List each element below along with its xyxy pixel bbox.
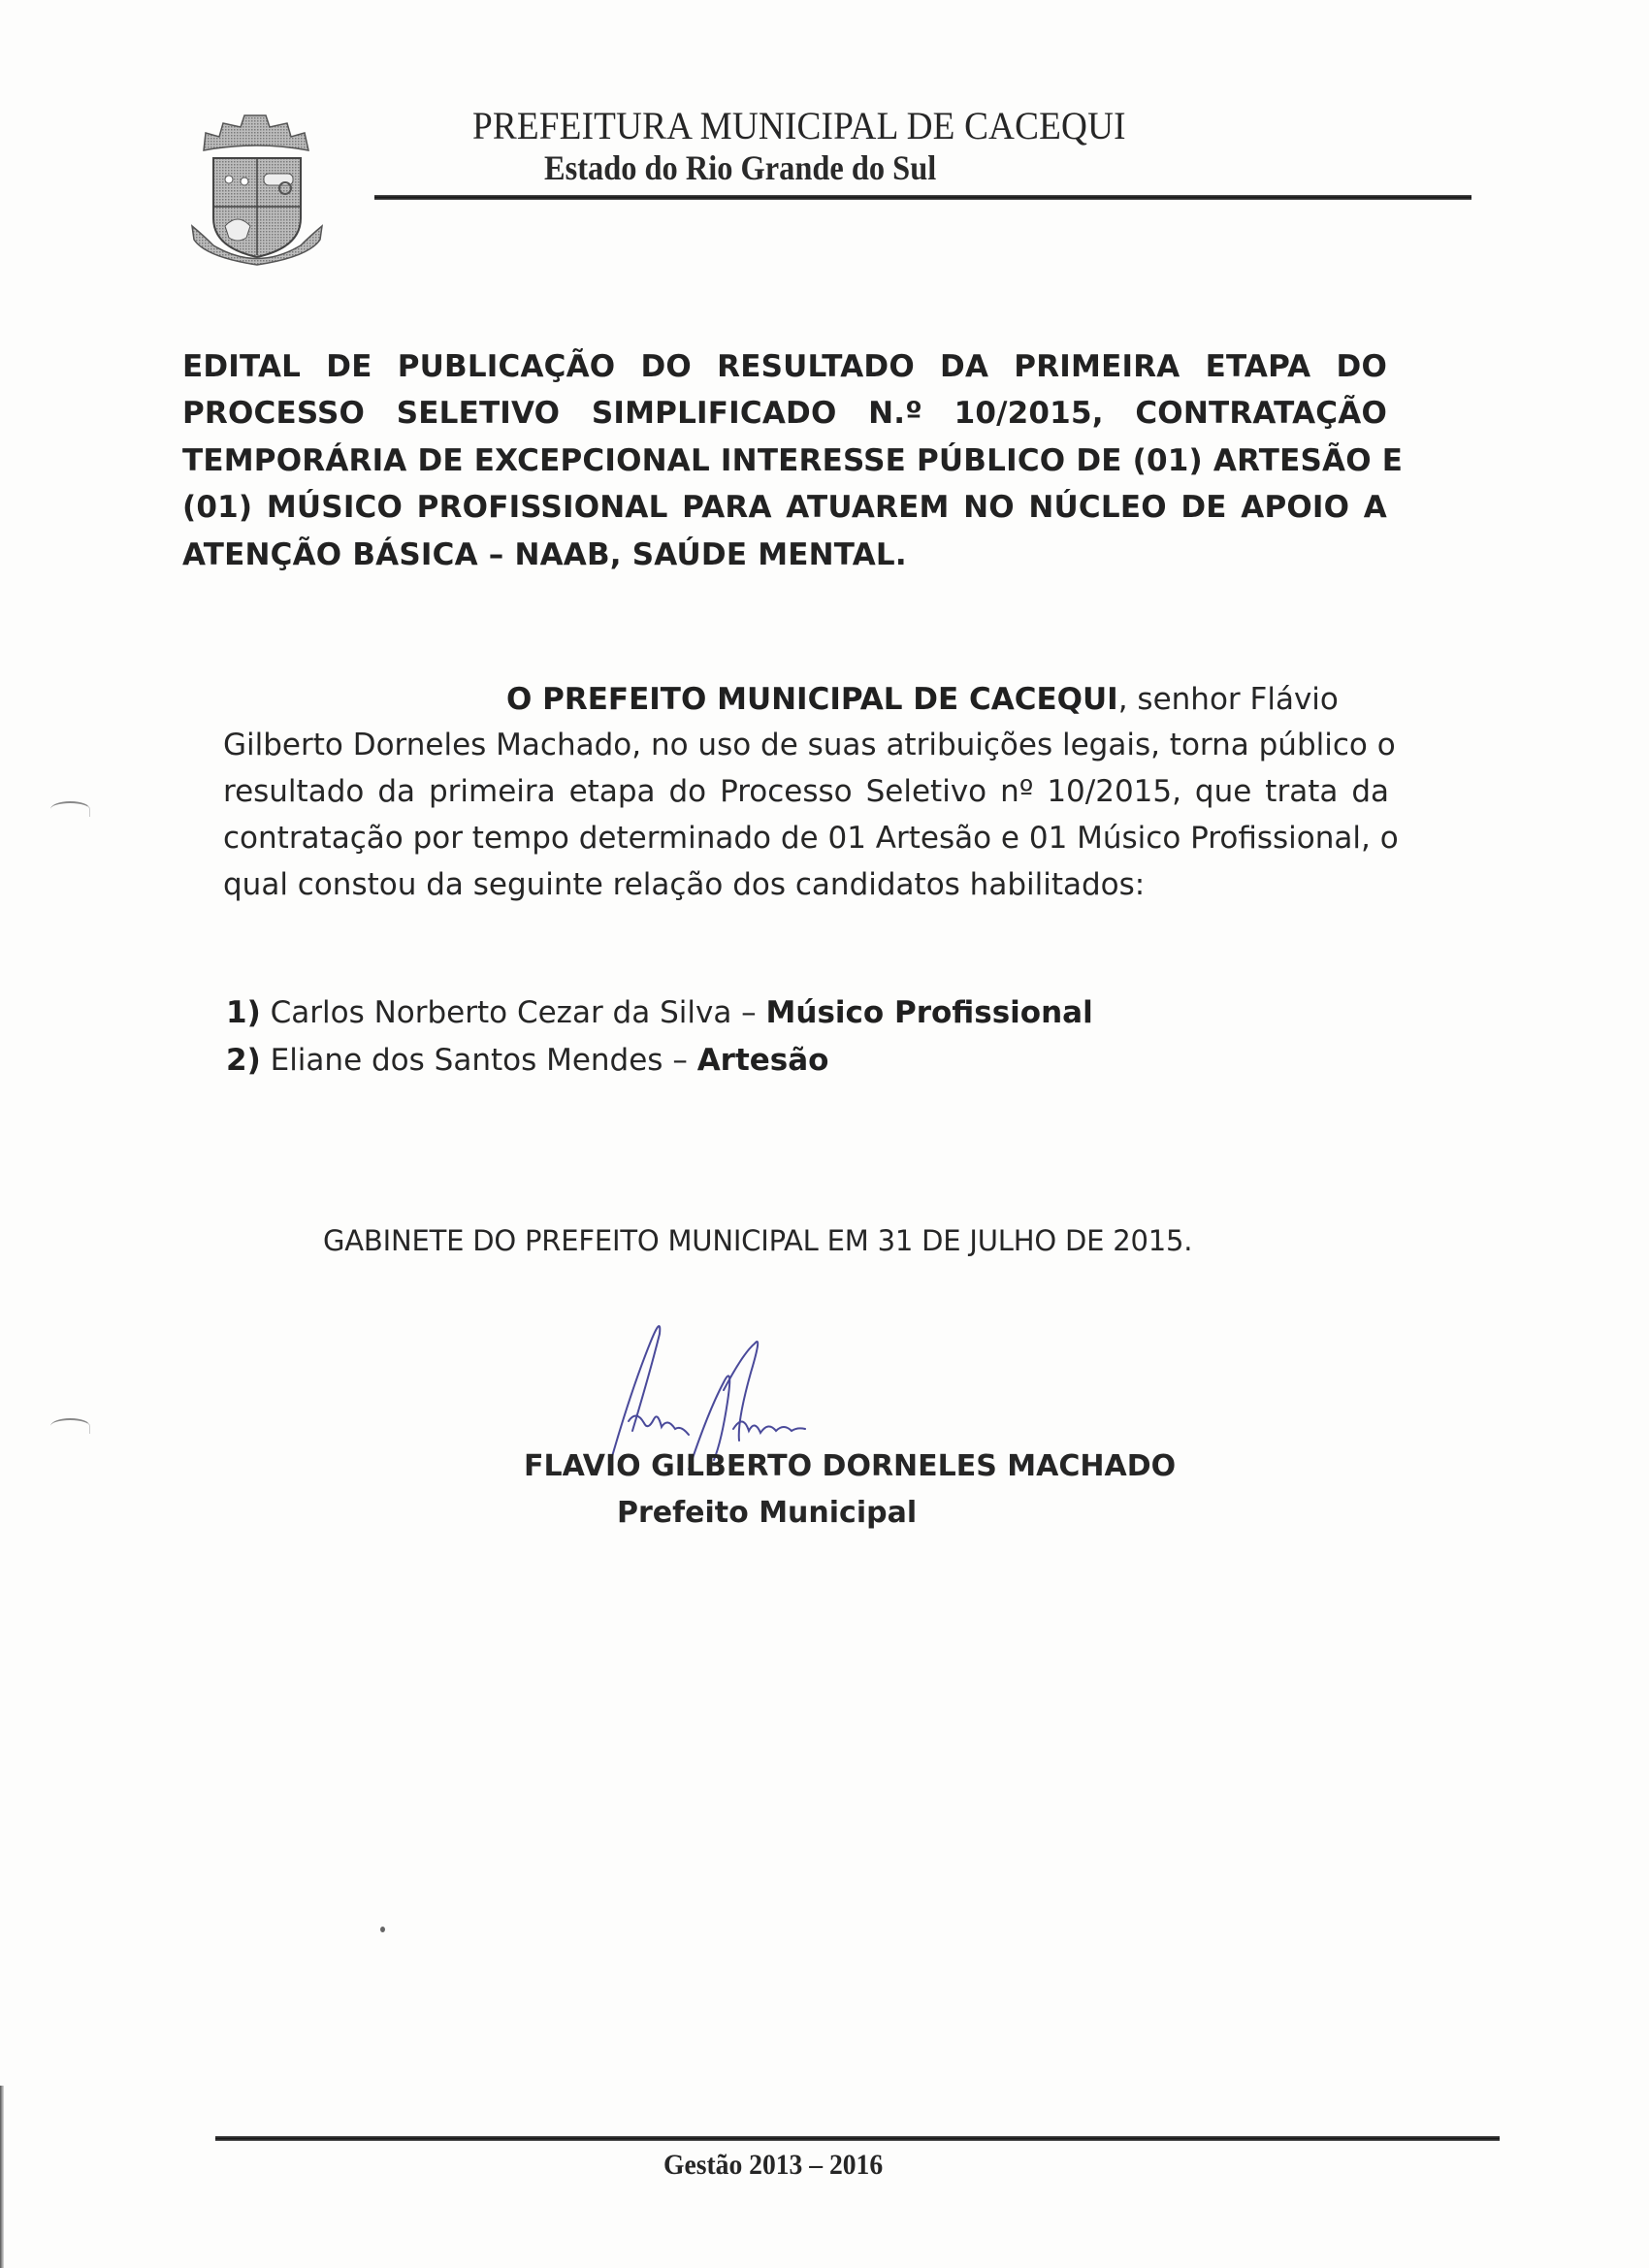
- paragraph-line: contratação por tempo determinado de 01 …: [223, 821, 1389, 856]
- footer-text: Gestão 2013 – 2016: [663, 2149, 883, 2182]
- lead-bold: O PREFEITO MUNICIPAL DE CACEQUI: [506, 682, 1118, 717]
- scan-speck: [380, 1927, 385, 1932]
- lead-rest: , senhor Flávio: [1118, 682, 1339, 717]
- item-number: 2): [226, 1043, 261, 1078]
- list-item: 2) Eliane dos Santos Mendes – Artesão: [226, 1043, 828, 1078]
- heading-line: PROCESSO SELETIVO SIMPLIFICADO N.º 10/20…: [182, 396, 1387, 431]
- header-title: PREFEITURA MUNICIPAL DE CACEQUI: [472, 103, 1126, 148]
- signatory-role: Prefeito Municipal: [617, 1496, 917, 1530]
- header-divider: [374, 195, 1471, 200]
- handwritten-signature-icon: [543, 1314, 892, 1470]
- candidate-role: Artesão: [697, 1043, 829, 1078]
- item-number: 1): [226, 995, 261, 1030]
- header-subtitle: Estado do Rio Grande do Sul: [544, 147, 936, 188]
- footer-divider: [215, 2136, 1500, 2141]
- list-item: 1) Carlos Norberto Cezar da Silva – Músi…: [226, 995, 1093, 1030]
- heading-line: (01) MÚSICO PROFISSIONAL PARA ATUAREM NO…: [182, 490, 1387, 525]
- paragraph-lead: O PREFEITO MUNICIPAL DE CACEQUI, senhor …: [506, 682, 1389, 717]
- separator: –: [663, 1043, 696, 1078]
- heading-line: EDITAL DE PUBLICAÇÃO DO RESULTADO DA PRI…: [182, 349, 1387, 384]
- heading-line: TEMPORÁRIA DE EXCEPCIONAL INTERESSE PÚBL…: [182, 443, 1387, 478]
- coat-of-arms-icon: [184, 112, 330, 267]
- punch-hole-mark: [50, 801, 90, 817]
- page-edge-shadow: [0, 2086, 4, 2268]
- candidate-name: Eliane dos Santos Mendes: [271, 1043, 663, 1078]
- punch-hole-mark: [50, 1418, 90, 1434]
- paragraph-line: Gilberto Dorneles Machado, no uso de sua…: [223, 728, 1389, 762]
- heading-line: ATENÇÃO BÁSICA – NAAB, SAÚDE MENTAL.: [182, 537, 1387, 572]
- candidate-name: Carlos Norberto Cezar da Silva: [271, 995, 732, 1030]
- paragraph-line: resultado da primeira etapa do Processo …: [223, 774, 1389, 809]
- candidate-role: Músico Profissional: [766, 995, 1093, 1030]
- separator: –: [731, 995, 765, 1030]
- signatory-name: FLAVIO GILBERTO DORNELES MACHADO: [524, 1449, 1176, 1483]
- paragraph-line: qual constou da seguinte relação dos can…: [223, 867, 1389, 902]
- place-and-date: GABINETE DO PREFEITO MUNICIPAL EM 31 DE …: [323, 1224, 1192, 1257]
